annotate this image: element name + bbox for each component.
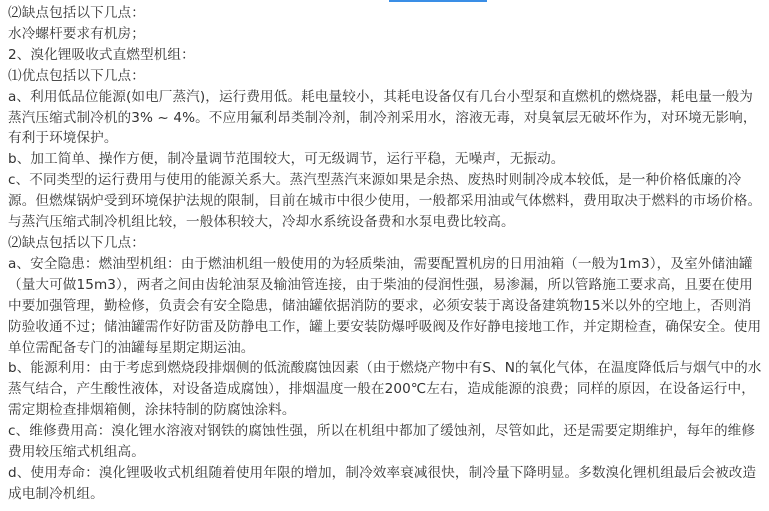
heading-disadvantages-1: ⑵缺点包括以下几点：: [8, 3, 764, 24]
top-accent-bar: [389, 0, 487, 2]
paragraph-advantage-c: c、不同类型的运行费用与使用的能源关系大。蒸汽型蒸汽来源如果是余热、废热时则制冷…: [8, 170, 764, 233]
document-body: ⑵缺点包括以下几点： 水冷螺杆要求有机房； 2、溴化锂吸收式直燃型机组： ⑴优点…: [8, 3, 764, 505]
paragraph-advantage-a: a、利用低品位能源(如电厂蒸汽)，运行费用低。耗电量较小，其耗电设备仅有几台小型…: [8, 87, 764, 150]
heading-advantages: ⑴优点包括以下几点：: [8, 66, 764, 87]
paragraph-advantage-b: b、加工简单、操作方便，制冷量调节范围较大，可无级调节，运行平稳，无噪声，无振动…: [8, 149, 764, 170]
heading-disadvantages-2: ⑵缺点包括以下几点：: [8, 233, 764, 254]
heading-lithium-bromide-direct-fired: 2、溴化锂吸收式直燃型机组：: [8, 45, 764, 66]
paragraph-disadvantage-a: a、安全隐患：燃油型机组：由于燃油机组一般使用的为轻质柴油，需要配置机房的日用油…: [8, 254, 764, 359]
paragraph-disadvantage-c: c、维修费用高：溴化锂水溶液对钢铁的腐蚀性强，所以在机组中都加了缓蚀剂，尽管如此…: [8, 421, 764, 463]
paragraph-screw-machine-room: 水冷螺杆要求有机房；: [8, 24, 764, 45]
paragraph-disadvantage-b: b、能源利用：由于考虑到燃烧段排烟侧的低流酸腐蚀因素（由于燃烧产物中有S、N的氧…: [8, 358, 764, 421]
paragraph-disadvantage-d: d、使用寿命：溴化锂吸收式机组随着使用年限的增加，制冷效率衰减很快，制冷量下降明…: [8, 463, 764, 505]
